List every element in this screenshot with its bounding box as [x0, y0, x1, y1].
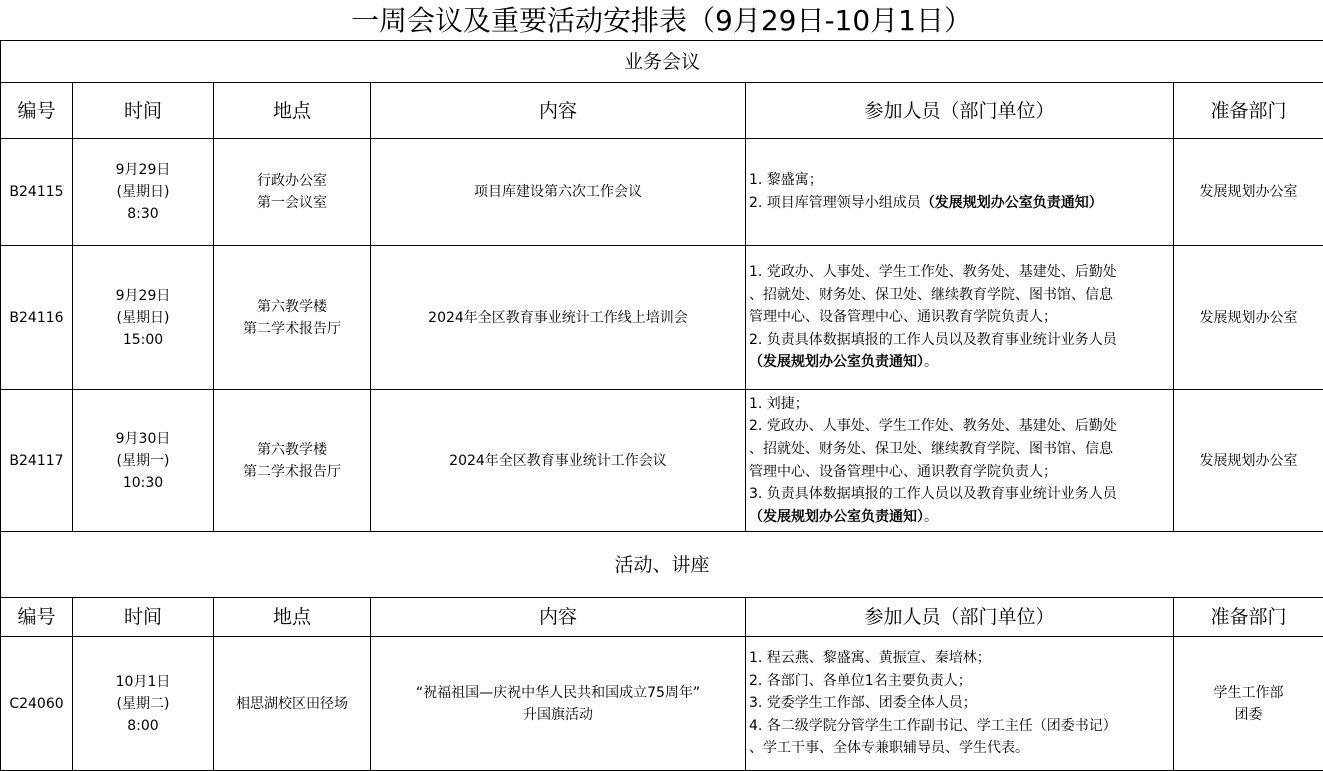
header-place: 地点: [214, 83, 371, 139]
cell-prep-dept: 学生工作部 团委: [1174, 637, 1323, 771]
cell-time: 10月1日 (星期二) 8:00: [73, 637, 214, 771]
cell-time: 9月29日 (星期日) 15:00: [73, 246, 214, 390]
header-prep-dept: 准备部门: [1174, 83, 1323, 139]
cell-time: 9月29日 (星期日) 8:30: [73, 139, 214, 246]
cell-place: 第六教学楼 第二学术报告厅: [214, 390, 371, 532]
cell-prep-dept: 发展规划办公室: [1174, 246, 1323, 390]
header-content: 内容: [371, 598, 746, 637]
cell-id: C24060: [1, 637, 73, 771]
table-row: B24117 9月30日 (星期一) 10:30 第六教学楼 第二学术报告厅 2…: [1, 390, 1323, 532]
header-time: 时间: [73, 598, 214, 637]
cell-time: 9月30日 (星期一) 10:30: [73, 390, 214, 532]
cell-participants: 1. 程云燕、黎盛寓、黄振宣、秦培林； 2. 各部门、各单位1名主要负责人； 3…: [746, 637, 1174, 771]
table-header-row: 编号 时间 地点 内容 参加人员（部门单位） 准备部门: [1, 83, 1323, 139]
cell-content: 项目库建设第六次工作会议: [371, 139, 746, 246]
cell-id: B24115: [1, 139, 73, 246]
table-row: B24115 9月29日 (星期日) 8:30 行政办公室 第一会议室 项目库建…: [1, 139, 1323, 246]
table-row: C24060 10月1日 (星期二) 8:00 相思湖校区田径场 “祝福祖国—庆…: [1, 637, 1323, 771]
cell-id: B24116: [1, 246, 73, 390]
header-id: 编号: [1, 598, 73, 637]
header-participants: 参加人员（部门单位）: [746, 598, 1174, 637]
header-participants: 参加人员（部门单位）: [746, 83, 1174, 139]
cell-participants: 1. 党政办、人事处、学生工作处、教务处、基建处、后勤处 、招就处、财务处、保卫…: [746, 246, 1174, 390]
cell-participants: 1. 黎盛寓； 2. 项目库管理领导小组成员（发展规划办公室负责通知）: [746, 139, 1174, 246]
cell-id: B24117: [1, 390, 73, 532]
section-title-activities-lectures: 活动、讲座: [1, 532, 1323, 598]
cell-place: 行政办公室 第一会议室: [214, 139, 371, 246]
cell-prep-dept: 发展规划办公室: [1174, 390, 1323, 532]
cell-content: 2024年全区教育事业统计工作会议: [371, 390, 746, 532]
cell-place: 相思湖校区田径场: [214, 637, 371, 771]
cell-participants: 1. 刘捷； 2. 党政办、人事处、学生工作处、教务处、基建处、后勤处 、招就处…: [746, 390, 1174, 532]
header-id: 编号: [1, 83, 73, 139]
cell-content: 2024年全区教育事业统计工作线上培训会: [371, 246, 746, 390]
section-title-business-meetings: 业务会议: [1, 41, 1323, 83]
schedule-table: 业务会议 编号 时间 地点 内容 参加人员（部门单位） 准备部门 B24115 …: [0, 40, 1323, 770]
table-header-row: 编号 时间 地点 内容 参加人员（部门单位） 准备部门: [1, 598, 1323, 637]
cell-prep-dept: 发展规划办公室: [1174, 139, 1323, 246]
page-title: 一周会议及重要活动安排表（9月29日-10月1日）: [0, 0, 1323, 40]
table-row: B24116 9月29日 (星期日) 15:00 第六教学楼 第二学术报告厅 2…: [1, 246, 1323, 390]
cell-place: 第六教学楼 第二学术报告厅: [214, 246, 371, 390]
header-time: 时间: [73, 83, 214, 139]
header-place: 地点: [214, 598, 371, 637]
cell-content: “祝福祖国—庆祝中华人民共和国成立75周年” 升国旗活动: [371, 637, 746, 771]
header-prep-dept: 准备部门: [1174, 598, 1323, 637]
header-content: 内容: [371, 83, 746, 139]
